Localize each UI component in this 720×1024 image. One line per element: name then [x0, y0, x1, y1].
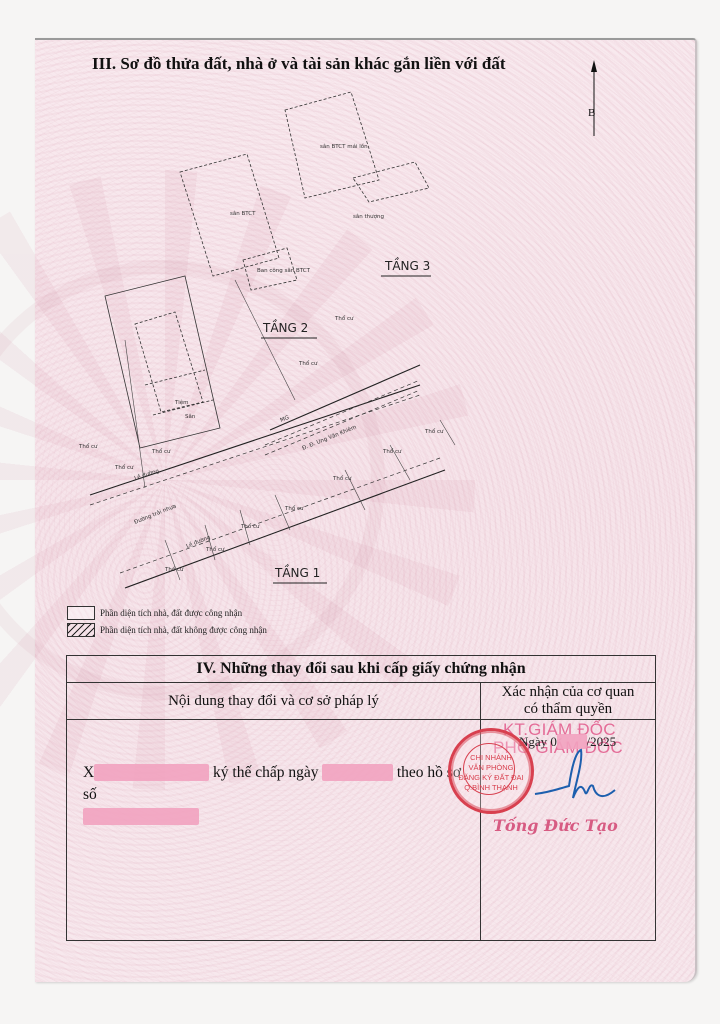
floor1-outline — [105, 276, 220, 448]
floor1-label: TẦNG 1 — [274, 564, 320, 580]
svg-text:Lề đường: Lề đường — [133, 466, 160, 481]
floor2-label: TẦNG 2 — [262, 319, 308, 335]
svg-text:Thổ cư: Thổ cư — [424, 428, 444, 435]
svg-text:Thổ cư: Thổ cư — [240, 523, 260, 530]
svg-text:Đường trải nhựa: Đường trải nhựa — [133, 503, 177, 526]
legend-item-unrecognized: Phần diện tích nhà, đất không được công … — [67, 621, 267, 638]
svg-text:Thổ cư: Thổ cư — [151, 448, 171, 455]
plain-swatch-icon — [67, 606, 95, 620]
signer-name: Tống Đức Tạo — [493, 816, 618, 835]
svg-text:sân thượng: sân thượng — [353, 213, 384, 220]
svg-text:Thổ cư: Thổ cư — [298, 360, 318, 367]
svg-text:Thổ cư: Thổ cư — [334, 315, 354, 322]
svg-text:Thổ cư: Thổ cư — [382, 448, 402, 455]
floor1-inner — [135, 312, 203, 412]
svg-text:Thổ cư: Thổ cư — [205, 546, 225, 553]
floor3-terrace — [353, 162, 429, 202]
redacted-date: xx/xx/2025 — [322, 764, 393, 781]
signature-icon — [531, 742, 621, 812]
redacted-file-number: 000000000000000 — [83, 808, 199, 825]
svg-text:Thổ cư: Thổ cư — [332, 475, 352, 482]
floor-plan-drawing: TẦNG 3 TẦNG 2 TẦNG 1 sân BTCT mái lồn sâ… — [35, 40, 695, 600]
redacted-text: xóa nội dung đăng — [94, 764, 209, 781]
floor3-label: TẦNG 3 — [384, 257, 430, 273]
svg-text:Thổ cư: Thổ cư — [78, 443, 98, 450]
mortgage-entry: Xxóa nội dung đăng ký thế chấp ngày xx/x… — [83, 762, 473, 828]
svg-text:Ban công sân BTCT: Ban công sân BTCT — [257, 267, 311, 274]
change-content-cell: Xxóa nội dung đăng ký thế chấp ngày xx/x… — [67, 720, 481, 941]
legend-item-recognized: Phần diện tích nhà, đất được công nhận — [67, 604, 267, 621]
svg-text:sân BTCT mái lồn: sân BTCT mái lồn — [320, 142, 368, 150]
section-4-title: IV. Những thay đổi sau khi cấp giấy chứn… — [67, 656, 656, 683]
svg-text:Sân: Sân — [185, 413, 196, 420]
svg-text:Thổ cư: Thổ cư — [164, 566, 184, 573]
legend: Phần diện tích nhà, đất được công nhận P… — [67, 604, 267, 638]
svg-text:Thổ cư: Thổ cư — [284, 505, 304, 512]
official-stamp: CHI NHÁNH VĂN PHÒNG ĐĂNG KÝ ĐẤT ĐAI Q.BÌ… — [448, 728, 534, 814]
svg-text:sân BTCT: sân BTCT — [230, 210, 256, 217]
column-header-confirmation: Xác nhận của cơ quan có thẩm quyền — [481, 683, 656, 720]
certificate-page: III. Sơ đồ thửa đất, nhà ở và tài sản kh… — [35, 38, 697, 982]
svg-text:Thổ cư: Thổ cư — [114, 464, 134, 471]
svg-text:Tiệm: Tiệm — [174, 399, 188, 406]
column-header-content: Nội dung thay đổi và cơ sở pháp lý — [67, 683, 481, 720]
hatched-swatch-icon — [67, 623, 95, 637]
confirmation-cell: KT.GIÁM ĐỐC PHÓ GIÁM ĐỐC Ngày 0xx/xx/202… — [481, 720, 656, 941]
changes-table: IV. Những thay đổi sau khi cấp giấy chứn… — [66, 655, 656, 941]
svg-text:Đ. Đ. Ung Văn Khiêm: Đ. Đ. Ung Văn Khiêm — [301, 424, 357, 452]
